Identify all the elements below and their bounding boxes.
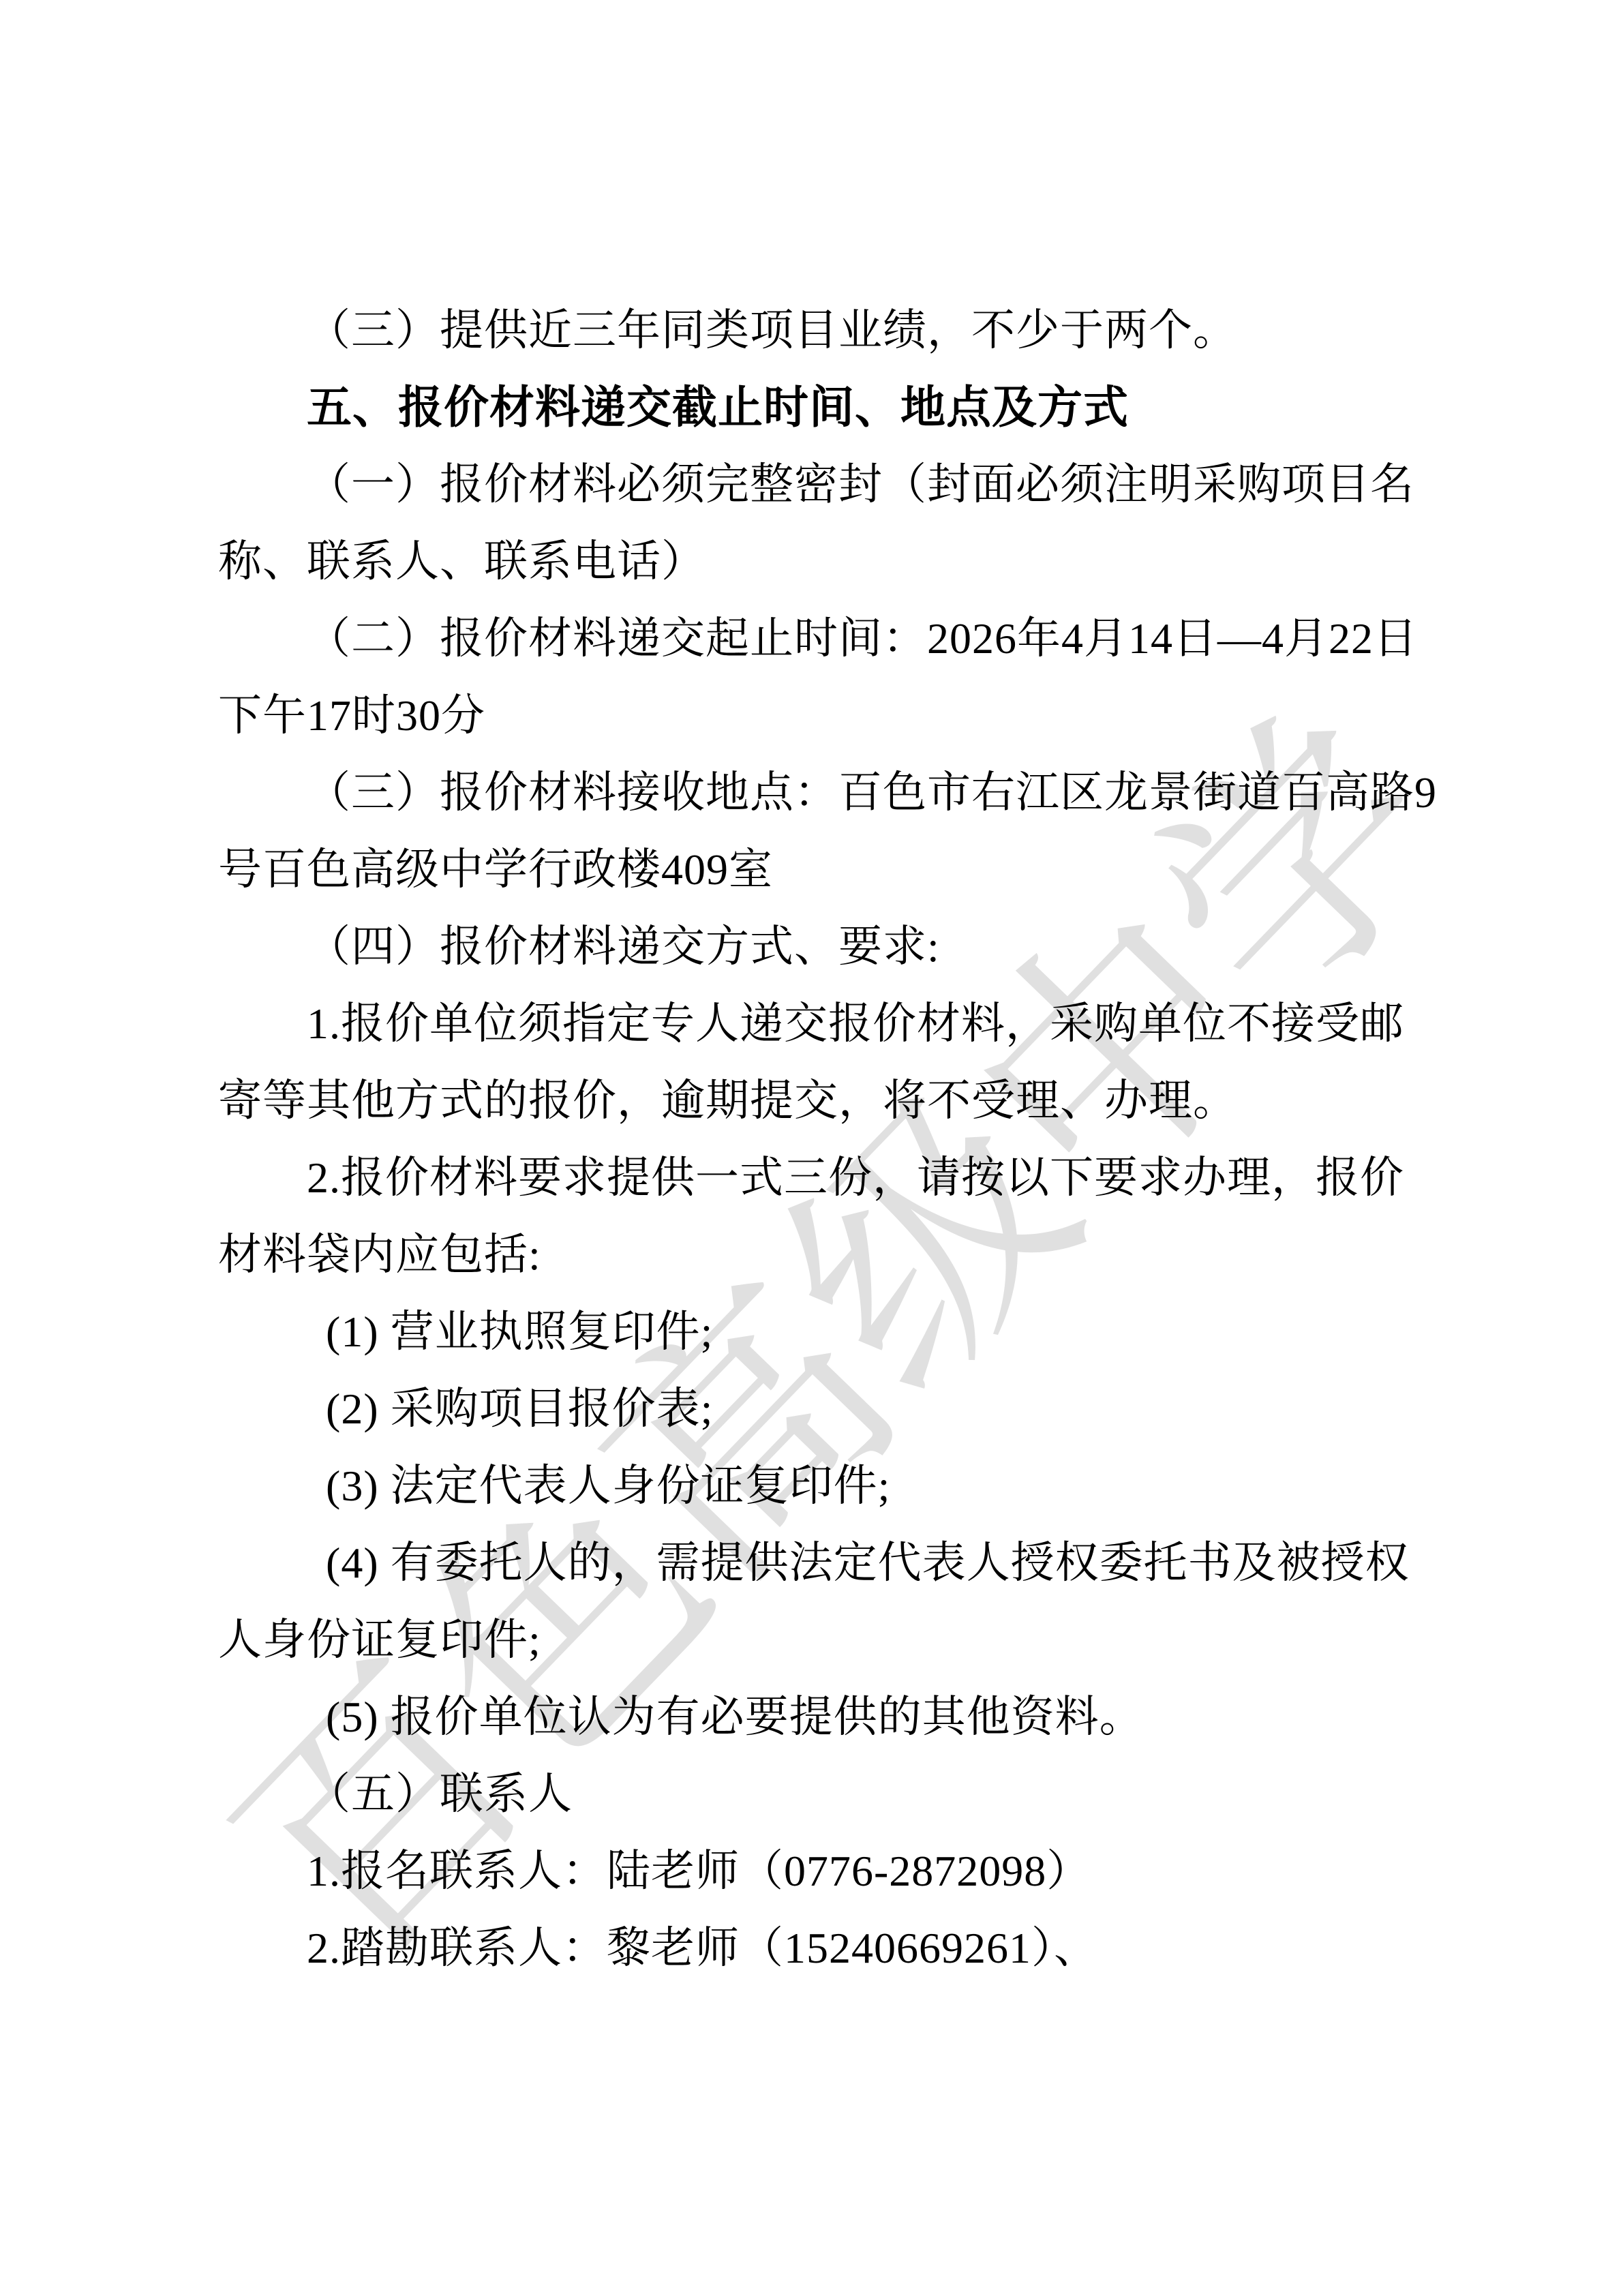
text-line: 下午17时30分: [218, 677, 1406, 754]
text-line: （四）报价材料递交方式、要求:: [218, 908, 1406, 985]
text-line: 2.踏勘联系人：黎老师（15240669261）、: [218, 1909, 1406, 1987]
text-line: (1) 营业执照复印件;: [218, 1293, 1406, 1370]
text-line: (5) 报价单位认为有必要提供的其他资料。: [218, 1678, 1406, 1755]
text-line: (4) 有委托人的，需提供法定代表人授权委托书及被授权: [218, 1524, 1406, 1601]
text-line: （三）报价材料接收地点：百色市右江区龙景街道百高路9: [218, 754, 1406, 831]
text-line: 寄等其他方式的报价，逾期提交，将不受理、办理。: [218, 1062, 1406, 1139]
text-line: 2.报价材料要求提供一式三份，请按以下要求办理，报价: [218, 1139, 1406, 1216]
text-line: （五）联系人: [218, 1755, 1406, 1832]
text-line: (2) 采购项目报价表;: [218, 1370, 1406, 1447]
document-body: （三）提供近三年同类项目业绩，不少于两个。五、报价材料递交截止时间、地点及方式（…: [218, 292, 1406, 1987]
text-line: 1.报价单位须指定专人递交报价材料，采购单位不接受邮: [218, 985, 1406, 1062]
text-line: （一）报价材料必须完整密封（封面必须注明采购项目名: [218, 446, 1406, 523]
text-line: 人身份证复印件;: [218, 1601, 1406, 1678]
text-line: 五、报价材料递交截止时间、地点及方式: [218, 369, 1406, 446]
text-line: （三）提供近三年同类项目业绩，不少于两个。: [218, 292, 1406, 369]
text-line: 材料袋内应包括:: [218, 1216, 1406, 1293]
text-line: (3) 法定代表人身份证复印件;: [218, 1447, 1406, 1524]
text-line: 1.报名联系人：陆老师（0776-2872098）: [218, 1832, 1406, 1909]
text-line: （二）报价材料递交起止时间：2026年4月14日—4月22日: [218, 600, 1406, 677]
text-line: 称、联系人、联系电话）: [218, 523, 1406, 600]
document-page: 百色高级中学 （三）提供近三年同类项目业绩，不少于两个。五、报价材料递交截止时间…: [0, 0, 1623, 2296]
text-line: 号百色高级中学行政楼409室: [218, 831, 1406, 908]
